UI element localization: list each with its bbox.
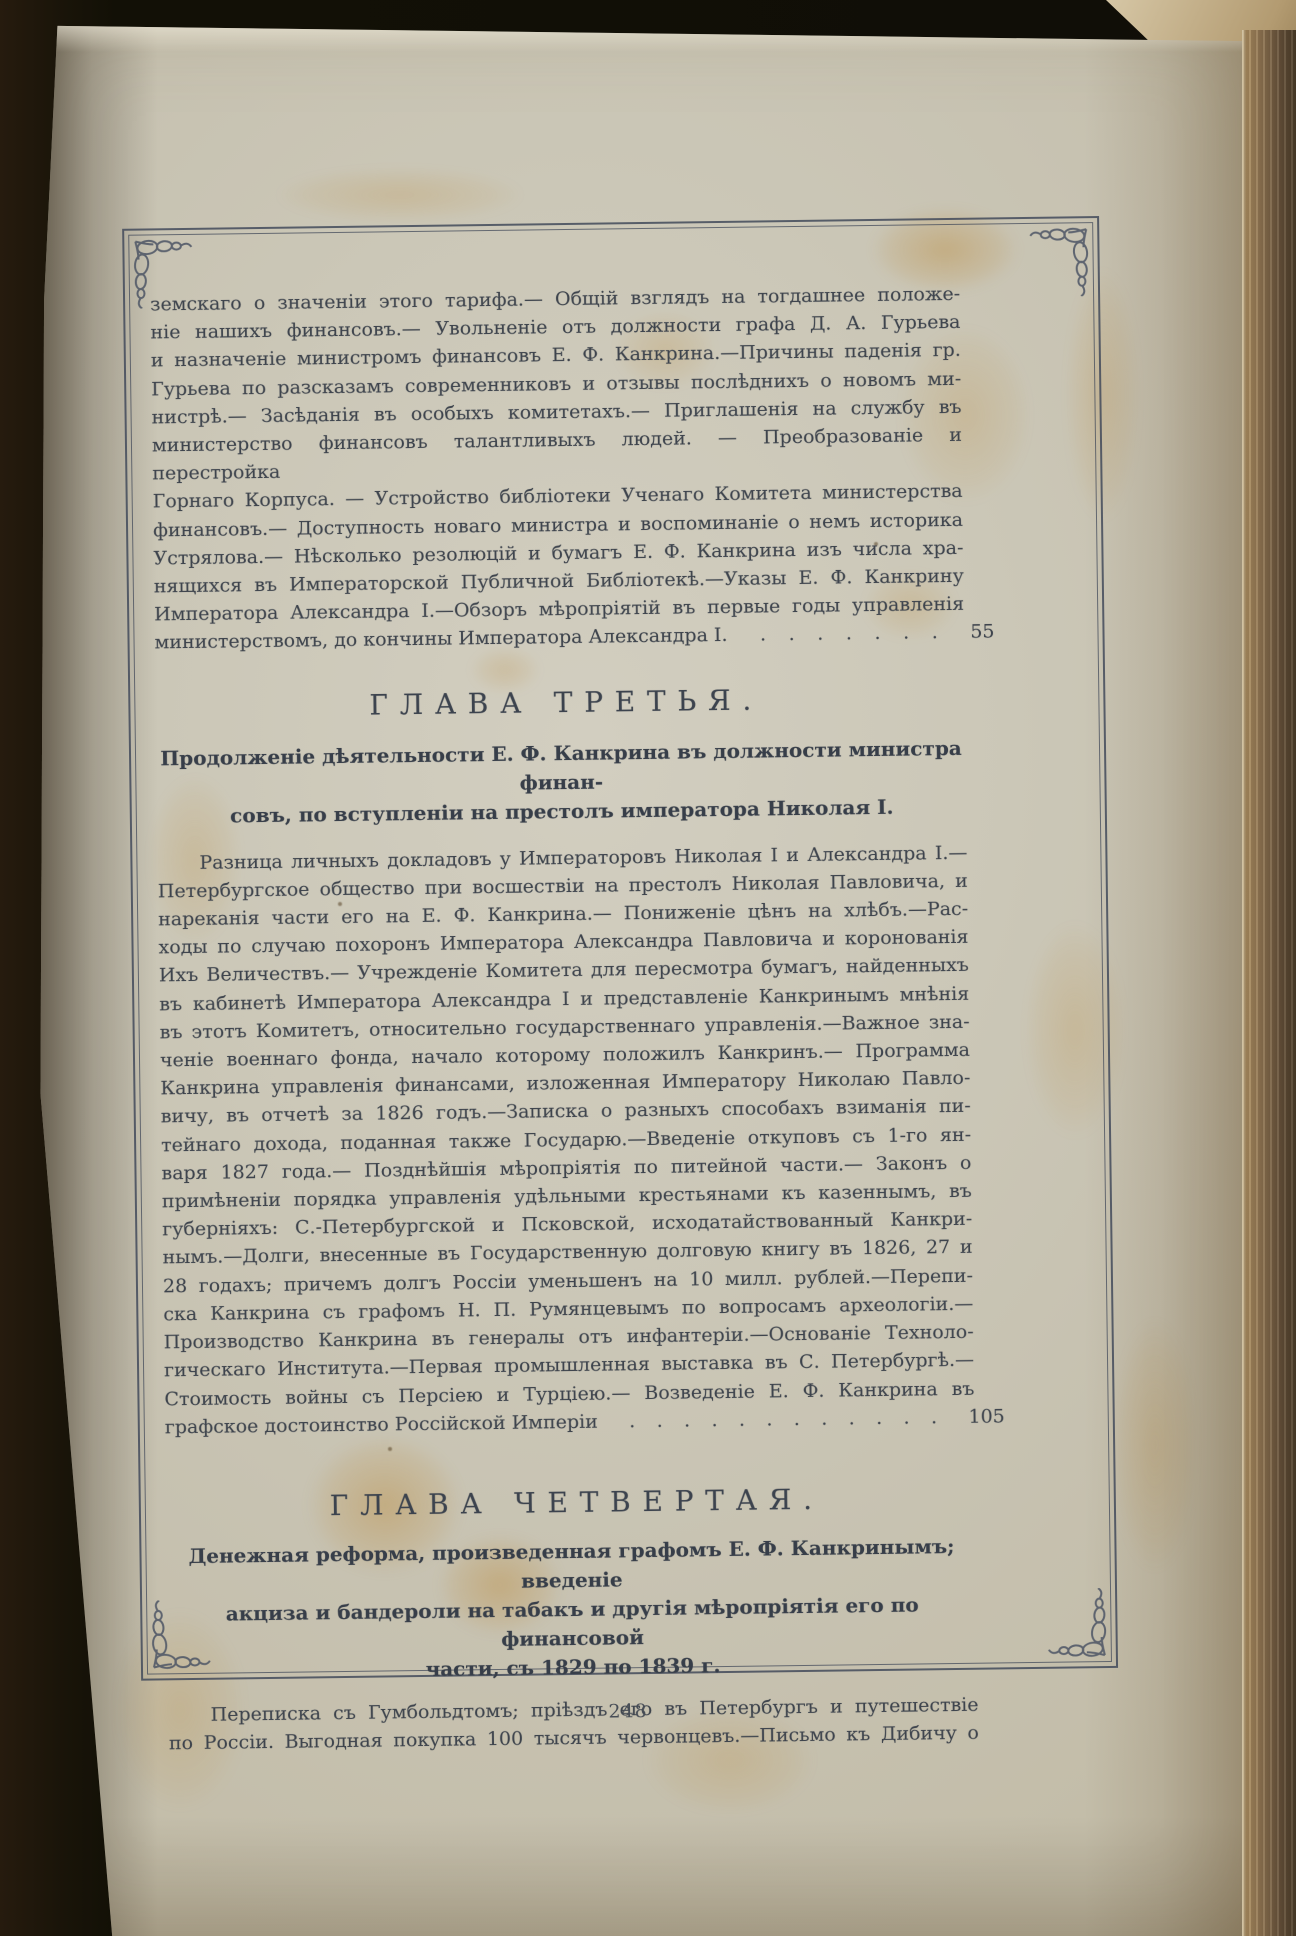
book-page: земскаго о значеніи этого тарифа.— Общій…	[38, 22, 1254, 1936]
page-stack-fore-edge	[1242, 30, 1296, 1936]
leader-dots: ............	[598, 1403, 969, 1436]
text-line: Продолженіе дѣятельности Е. Ф. Канкрина …	[156, 733, 967, 802]
leader-dot: .	[846, 620, 852, 648]
leader-dot: .	[794, 1405, 800, 1433]
chapter-three-subtitle: Продолженіе дѣятельности Е. Ф. Канкрина …	[156, 733, 967, 831]
leader-dot: .	[760, 621, 766, 649]
leader-dot: .	[711, 1406, 717, 1434]
leader-dot: .	[903, 1403, 909, 1431]
chapter-three-summary: Разница личныхъ докладовъ у Императоровъ…	[157, 838, 974, 1413]
leader-dot: .	[766, 1405, 772, 1433]
leader-dot: .	[739, 1405, 745, 1433]
text-line: министерство финансовъ талантливыхъ люде…	[152, 421, 963, 488]
leader-dot: .	[932, 619, 938, 647]
corner-ornament-icon	[1037, 1588, 1110, 1661]
leader-dot: .	[876, 1404, 882, 1432]
leader-dot: .	[903, 619, 909, 647]
toc-continuation-paragraph: земскаго о значеніи этого тарифа.— Общій…	[150, 280, 964, 629]
leader-dot: .	[931, 1403, 937, 1431]
text-line: Денежная реформа, произведенная графомъ …	[166, 1532, 977, 1601]
leader-dot: .	[656, 1407, 662, 1435]
corner-ornament-icon	[1019, 224, 1092, 297]
leader-dot: .	[821, 1404, 827, 1432]
leader-dots: .......	[727, 618, 970, 649]
chapter-four-subtitle: Денежная реформа, произведенная графомъ …	[166, 1532, 978, 1688]
leader-dot: .	[788, 620, 794, 648]
page-reference: 105	[968, 1402, 1005, 1431]
chapter-four-heading: ГЛАВА ЧЕТВЕРТАЯ.	[166, 1481, 976, 1525]
text-line: акциза и бандероли на табакъ и другія мѣ…	[167, 1590, 978, 1659]
table-of-contents: земскаго о значеніи этого тарифа.— Общій…	[150, 280, 979, 1758]
chapter-three-heading: ГЛАВА ТРЕТЬЯ.	[155, 680, 965, 724]
page-reference: 55	[970, 618, 995, 647]
printed-sheet: земскаго о значеніи этого тарифа.— Общій…	[27, 14, 1268, 1936]
leader-dot: .	[817, 620, 823, 648]
leader-dot: .	[684, 1406, 690, 1434]
leader-dot: .	[874, 619, 880, 647]
leader-dot: .	[848, 1404, 854, 1432]
toc-entry-text: графское достоинство Россійской Имперіи	[165, 1407, 598, 1441]
book-photo: земскаго о значеніи этого тарифа.— Общій…	[0, 0, 1296, 1936]
leader-dot: .	[629, 1407, 635, 1435]
